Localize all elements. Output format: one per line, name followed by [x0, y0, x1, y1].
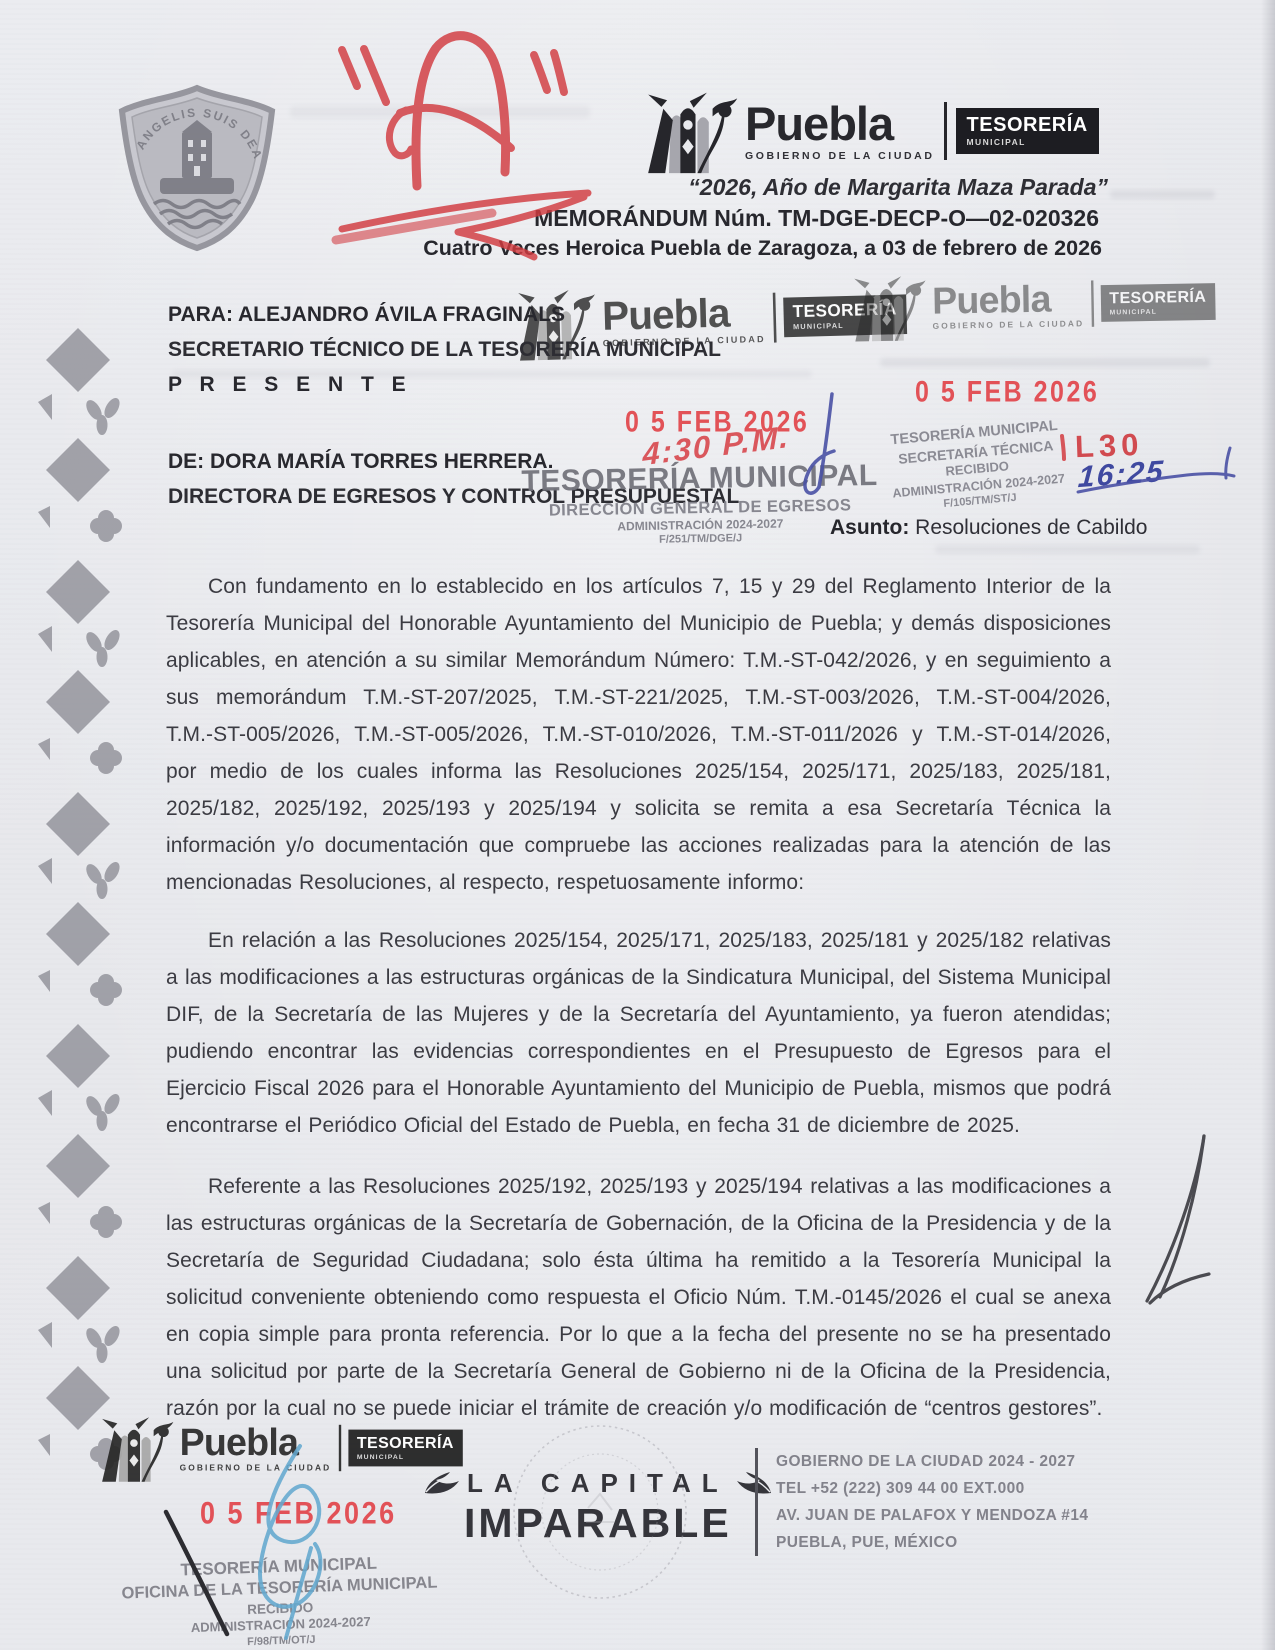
- body-paragraph-2: En relación a las Resoluciones 2025/154,…: [166, 922, 1111, 1144]
- date-received-stamp-right: 0 5 FEB 2026: [915, 375, 1099, 409]
- city-seal-icon: ANGELIS SUIS DEAS: [108, 82, 286, 254]
- sender-name-line: DE: DORA MARÍA TORRES HERRERA.: [168, 450, 553, 474]
- brand-name: Puebla: [180, 1423, 332, 1461]
- brand-divider: [944, 102, 947, 160]
- dept-line2: MUNICIPAL: [967, 138, 1088, 147]
- brand-dept-box: TESORERÍA MUNICIPAL: [1100, 283, 1215, 321]
- header-brand: Puebla GOBIERNO DE LA CIUDAD TESORERÍA M…: [633, 86, 1099, 176]
- subject-value: Resoluciones de Cabildo: [909, 516, 1147, 539]
- ghost-bleed-line: [290, 106, 590, 118]
- received-stamp-logo-right: Puebla GOBIERNO DE LA CIUDAD TESORERÍA M…: [842, 265, 1216, 343]
- place-date-line: Cuatro Veces Heroica Puebla de Zaragoza,…: [423, 236, 1102, 261]
- brand-name: Puebla: [602, 291, 766, 336]
- stamp-line: TESORERÍA MUNICIPAL: [504, 457, 895, 501]
- brand-dept-box: TESORERÍA MUNICIPAL: [348, 1430, 463, 1466]
- brand-tagline: GOBIERNO DE LA CIUDAD: [180, 1463, 332, 1473]
- puebla-logo-icon: [842, 270, 930, 343]
- handwritten-time-blue: 16:25: [1077, 455, 1166, 495]
- dept-line1: TESORERÍA: [967, 115, 1088, 135]
- capital-imparable-logo: LA CAPITAL IMPARABLE: [424, 1468, 772, 1547]
- recipient-title: SECRETARIO TÉCNICO DE LA TESORERÍA MUNIC…: [168, 338, 721, 362]
- brand-divider: [1091, 280, 1094, 326]
- dept-line2: MUNICIPAL: [357, 1454, 454, 1461]
- contact-line: AV. JUAN DE PALAFOX Y MENDOZA #14: [776, 1502, 1088, 1529]
- brand-divider: [772, 293, 776, 343]
- brand-name: Puebla: [745, 100, 935, 147]
- subject-line: Asunto: Resoluciones de Cabildo: [830, 516, 1147, 540]
- puebla-logo-icon: [90, 1412, 176, 1484]
- brand-divider: [338, 1425, 340, 1471]
- year-quote: “2026, Año de Margarita Maza Parada”: [688, 174, 1108, 201]
- memo-number: MEMORÁNDUM Núm. TM-DGE-DECP-O—02-020326: [534, 205, 1099, 232]
- subject-label: Asunto:: [830, 516, 909, 539]
- capital-line2: IMPARABLE: [424, 1500, 772, 1547]
- body-paragraph-1: Con fundamento en lo establecido en los …: [166, 568, 1111, 901]
- dept-line1: TESORERÍA: [1109, 289, 1206, 307]
- date-received-stamp-footer: 0 5 FEB 2026: [200, 1495, 397, 1532]
- brand-name: Puebla: [932, 279, 1084, 319]
- ghost-bleed-line: [1110, 190, 1215, 199]
- recipient-name-line: PARA: ALEJANDRO ÁVILA FRAGINALS: [168, 303, 565, 327]
- puebla-logo-icon: [633, 86, 741, 176]
- oficina-received-stamp: TESORERÍA MUNICIPAL OFICINA DE LA TESORE…: [94, 1550, 467, 1650]
- dept-line1: TESORERÍA: [357, 1435, 454, 1451]
- talavera-border-pattern: [36, 326, 131, 1476]
- brand-tagline: GOBIERNO DE LA CIUDAD: [932, 319, 1084, 331]
- contact-line: GOBIERNO DE LA CIUDAD 2024 - 2027: [776, 1448, 1088, 1475]
- ghost-bleed-line: [880, 358, 1210, 367]
- contact-block: GOBIERNO DE LA CIUDAD 2024 - 2027 TEL +5…: [755, 1448, 1088, 1556]
- contact-line: PUEBLA, PUE, MÉXICO: [776, 1529, 1088, 1556]
- secretaria-tecnica-stamp: TESORERÍA MUNICIPAL SECRETARÍA TÉCNICA R…: [849, 413, 1105, 519]
- dept-line2: MUNICIPAL: [1110, 307, 1207, 315]
- body-paragraph-3: Referente a las Resoluciones 2025/192, 2…: [166, 1168, 1111, 1427]
- recipient-presente: P R E S E N T E: [168, 373, 412, 397]
- scanned-memo-page: ANGELIS SUIS DEAS: [0, 0, 1275, 1650]
- wing-left-icon: [424, 1471, 460, 1497]
- contact-line: TEL +52 (222) 309 44 00 EXT.000: [776, 1475, 1088, 1502]
- page-edge-shadow: [1261, 0, 1275, 1650]
- black-pen-flourish: [1147, 1136, 1209, 1303]
- brand-tagline: GOBIERNO DE LA CIUDAD: [745, 150, 935, 162]
- capital-line1: LA CAPITAL: [467, 1468, 729, 1499]
- brand-dept-box: TESORERÍA MUNICIPAL: [956, 108, 1099, 154]
- ghost-bleed-line: [935, 545, 1200, 554]
- footer-stamp-logo: Puebla GOBIERNO DE LA CIUDAD TESORERÍA M…: [90, 1412, 463, 1484]
